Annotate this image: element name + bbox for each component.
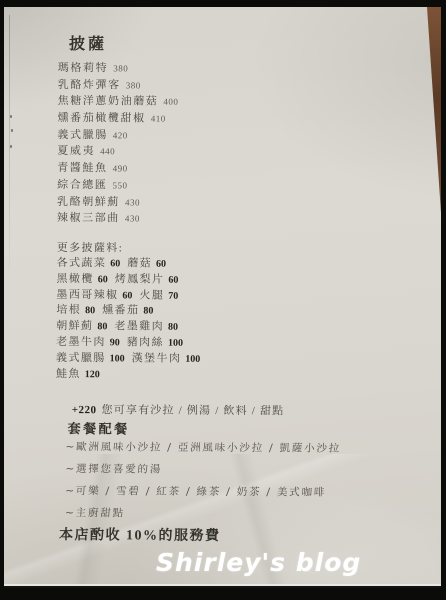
item-name: 綜合總匯 [57, 179, 107, 191]
menu-item: 燻番茄橄欖甜椒410 [57, 109, 178, 126]
item-name: 辣椒三部曲 [57, 212, 120, 224]
item-price: 440 [100, 147, 115, 157]
topping-row: 培根80燻番茄80 [56, 301, 207, 318]
item-price: 380 [113, 63, 128, 73]
set-menu-heading: 套餐配餐 [68, 418, 130, 437]
pizza-item-list: 瑪格莉特380 乳酪炸彈客380 焦糖洋蔥奶油蘑菇400 燻番茄橄欖甜椒410 … [57, 59, 179, 227]
set-menu-options: ~歐洲風味小沙拉 / 亞洲風味小沙拉 / 凱薩小沙拉 ~選擇您喜愛的湯 ~可樂 … [65, 436, 341, 526]
topping-name: 墨西哥辣椒 [56, 289, 118, 301]
topping-name: 燻番茄 [102, 305, 139, 317]
topping-row: 朝鮮薊80老墨雞肉80 [56, 317, 207, 334]
item-price: 430 [125, 214, 140, 224]
topping-name: 培根 [56, 304, 81, 316]
topping-name: 豬肉絲 [127, 336, 164, 348]
item-name: 焦糖洋蔥奶油蘑菇 [58, 95, 159, 108]
topping-name: 朝鮮薊 [56, 320, 93, 332]
service-charge-note: 本店酌收 10%的服務費 [59, 524, 221, 545]
combo-surcharge: +220 [72, 404, 97, 416]
topping-name: 各式蔬菜 [57, 257, 107, 269]
item-price: 420 [113, 130, 128, 140]
menu-item: 辣椒三部曲430 [57, 209, 178, 226]
item-name: 乳酪朝鮮薊 [57, 195, 120, 207]
topping-price: 60 [168, 274, 178, 285]
blog-watermark: Shirley's blog [156, 548, 361, 577]
menu-item: 青醬鮭魚490 [57, 159, 178, 176]
topping-name: 火腿 [139, 289, 164, 301]
menu-item: 綜合總匯550 [57, 176, 178, 193]
topping-price: 80 [143, 306, 153, 317]
topping-name: 漢堡牛肉 [132, 352, 182, 364]
menu-item: 乳酪炸彈客380 [58, 76, 179, 93]
menu-photo-frame: 披薩 瑪格莉特380 乳酪炸彈客380 焦糖洋蔥奶油蘑菇400 燻番茄橄欖甜椒4… [0, 0, 446, 600]
handwritten-line: ~選擇您喜愛的湯 [65, 458, 342, 482]
topping-price: 80 [85, 306, 95, 317]
topping-price: 80 [168, 322, 178, 333]
topping-price: 60 [122, 290, 132, 301]
toppings-heading: 更多披薩料: [57, 239, 124, 255]
item-price: 410 [151, 114, 166, 124]
item-name: 乳酪炸彈客 [58, 79, 121, 91]
menu-item: 夏威夷440 [57, 142, 178, 159]
topping-name: 義式臘腸 [56, 352, 106, 364]
topping-name: 鮭魚 [56, 368, 81, 380]
item-name: 燻番茄橄欖甜椒 [57, 112, 145, 125]
item-price: 400 [163, 97, 178, 107]
topping-row: 鮭魚120 [56, 365, 207, 382]
menu-item: 乳酪朝鮮薊430 [57, 192, 178, 209]
pizza-section-title: 披薩 [69, 31, 107, 54]
item-name: 義式臘腸 [57, 129, 107, 141]
topping-row: 老墨牛肉90豬肉絲100 [56, 333, 207, 350]
handwritten-line: ~主廚甜點 [64, 502, 341, 526]
topping-name: 烤鳳梨片 [115, 273, 165, 285]
item-name: 瑪格莉特 [58, 62, 108, 74]
menu-item: 瑪格莉特380 [58, 59, 179, 76]
menu-item: 義式臘腸420 [57, 126, 178, 143]
topping-name: 蘑菇 [127, 257, 152, 269]
topping-row: 墨西哥辣椒60火腿70 [56, 286, 207, 303]
topping-name: 黑橄欖 [57, 273, 94, 285]
topping-name: 老墨牛肉 [56, 336, 106, 348]
item-name: 夏威夷 [57, 145, 95, 157]
topping-price: 90 [110, 337, 120, 348]
topping-name: 老墨雞肉 [114, 321, 164, 333]
topping-price: 60 [98, 274, 108, 285]
topping-price: 60 [156, 259, 166, 270]
topping-price: 70 [168, 290, 178, 301]
menu-content: 披薩 瑪格莉特380 乳酪炸彈客380 焦糖洋蔥奶油蘑菇400 燻番茄橄欖甜椒4… [0, 0, 446, 600]
topping-row: 各式蔬菜60蘑菇60 [57, 254, 208, 271]
handwritten-line: ~可樂 / 雪碧 / 紅茶 / 綠茶 / 奶茶 / 美式咖啡 [65, 480, 342, 504]
item-price: 430 [125, 197, 140, 207]
item-price: 380 [126, 80, 141, 90]
topping-price: 80 [97, 321, 107, 332]
topping-price: 120 [85, 369, 100, 380]
topping-row: 黑橄欖60烤鳳梨片60 [56, 270, 207, 287]
combo-upgrade-note: +220您可享有沙拉 / 例湯 / 飲料 / 甜點 [72, 401, 285, 418]
menu-item: 焦糖洋蔥奶油蘑菇400 [58, 92, 179, 109]
topping-price: 100 [110, 353, 125, 364]
toppings-list: 各式蔬菜60蘑菇60 黑橄欖60烤鳳梨片60 墨西哥辣椒60火腿70 培根80燻… [56, 254, 208, 381]
topping-price: 100 [168, 338, 183, 349]
topping-price: 100 [185, 354, 200, 365]
item-name: 青醬鮭魚 [57, 162, 107, 174]
item-price: 490 [113, 163, 128, 173]
handwritten-line: ~歐洲風味小沙拉 / 亞洲風味小沙拉 / 凱薩小沙拉 [65, 436, 342, 460]
topping-row: 義式臘腸100漢堡牛肉100 [56, 349, 207, 366]
combo-text: 您可享有沙拉 / 例湯 / 飲料 / 甜點 [101, 404, 284, 417]
topping-price: 60 [110, 258, 120, 269]
item-price: 550 [112, 180, 127, 190]
